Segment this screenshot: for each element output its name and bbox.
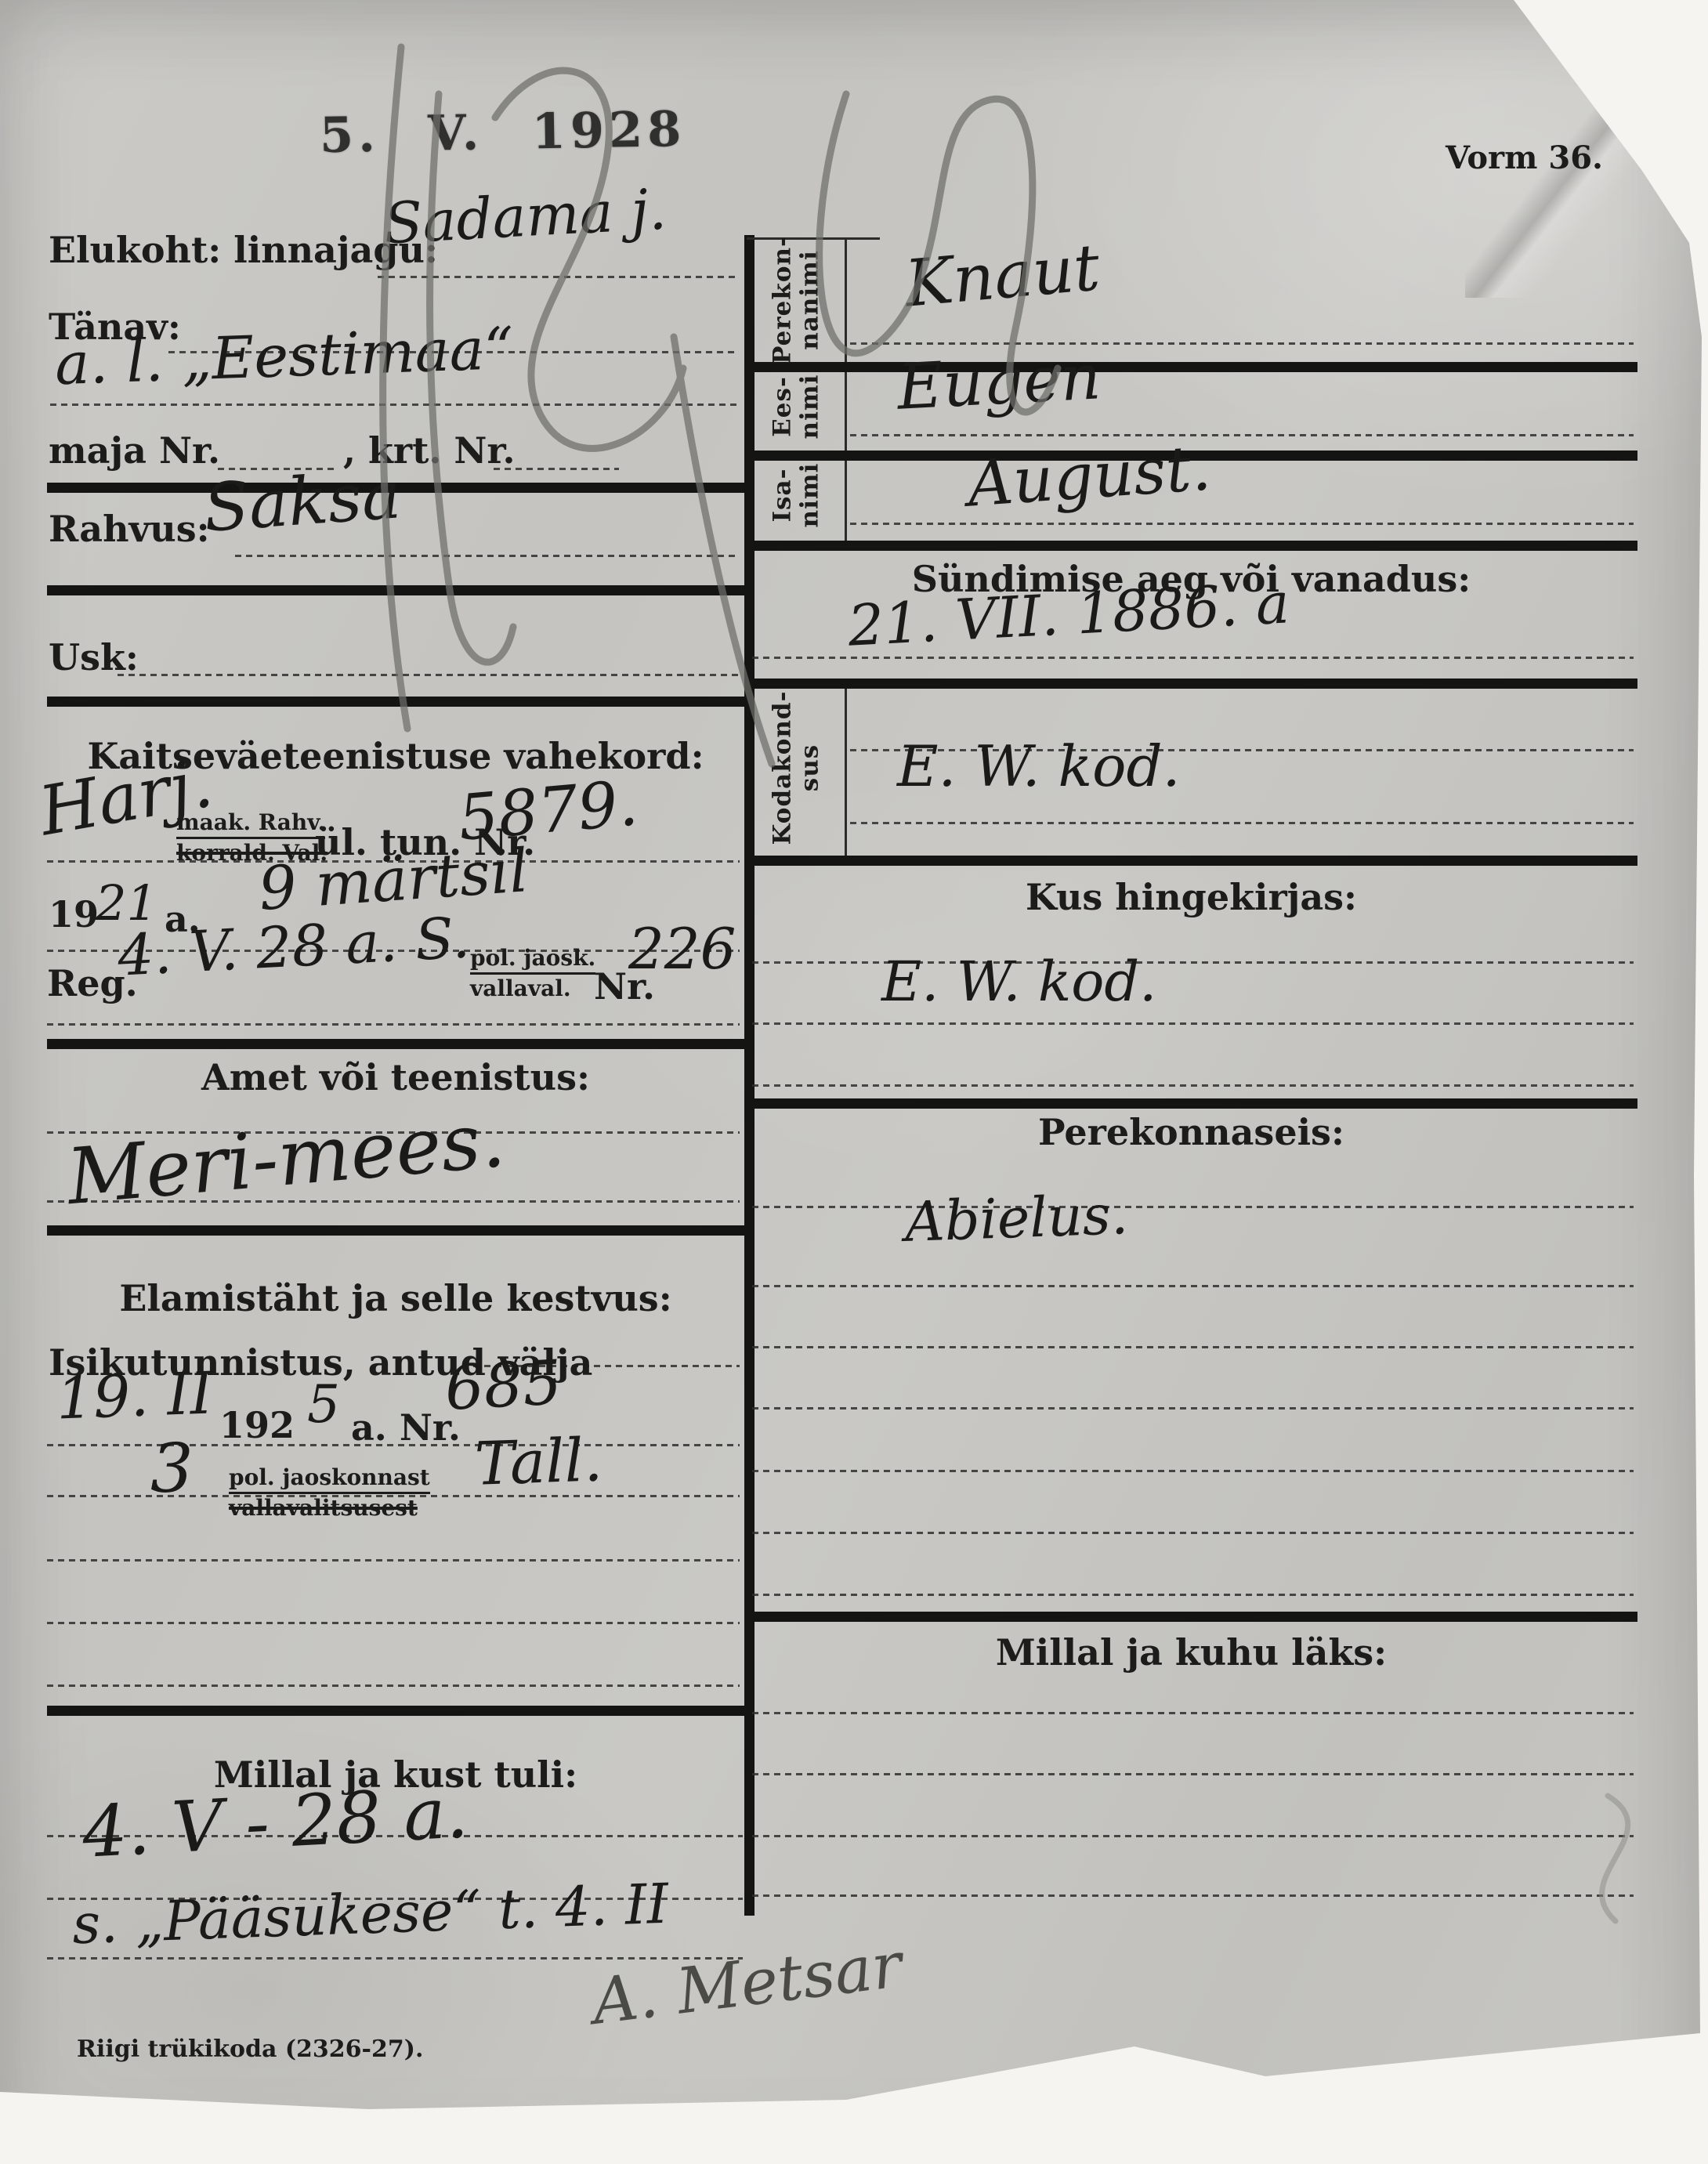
label-cell-rule-3 <box>845 451 847 541</box>
rule-laks-1 <box>752 1712 1634 1714</box>
label-cell-rule-1 <box>845 237 847 362</box>
rule-empty-2 <box>47 1622 740 1624</box>
printer-note: Riigi trükikoda (2326-27). <box>77 2036 423 2063</box>
kaitse-reg-nr: 226 <box>628 921 736 977</box>
rule-sund <box>752 657 1634 659</box>
isik-nr: 685 <box>443 1352 563 1420</box>
rule-tanav2 <box>50 403 740 406</box>
bar-right-5 <box>744 856 1637 866</box>
elukoht-label: Elukoht: linnajagu: <box>49 229 438 271</box>
rule-hinge-2 <box>752 1022 1634 1025</box>
paper-sheet: 5. V. 1928 Vorm 36. Elukoht: linnajagu: … <box>0 0 1708 2164</box>
rule-pereseis-2 <box>752 1285 1634 1287</box>
isik-year: 5 <box>307 1379 340 1431</box>
perekonnanimi-label-line1: Perekon- <box>769 236 796 364</box>
eesnimi-label-line1: Ees- <box>769 376 796 437</box>
rule-laks-4 <box>752 1894 1634 1897</box>
rule-perekonnanimi <box>850 342 1634 345</box>
isik-place: Tall. <box>474 1430 603 1494</box>
isik-precinct: 3 <box>150 1435 194 1503</box>
kaitse-fraction-2: pol. jaosk. vallaval. <box>470 944 595 1002</box>
kodakondsus-label-line2: sus <box>796 744 823 791</box>
kodakondsus-label-line1: Kodakond- <box>769 691 796 845</box>
amet-value: Meri-mees. <box>64 1102 508 1216</box>
rule-pereseis-3 <box>752 1346 1634 1348</box>
bar-right-6 <box>744 1098 1637 1109</box>
rule-kodakondsus-2 <box>850 822 1634 824</box>
bar-right-7 <box>744 1612 1637 1622</box>
isik-fraction: pol. jaoskonnast vallavalitsusest <box>229 1464 430 1522</box>
kaitse-reg-date: 4. V. 28 a. S. <box>116 909 471 983</box>
bar-left-5 <box>47 1225 744 1236</box>
perekonnaseis-value: Abielus. <box>904 1187 1129 1250</box>
rule-kaitse-3 <box>47 1023 740 1026</box>
label-cell-rule-2 <box>845 362 847 451</box>
bar-left-4 <box>47 1039 744 1049</box>
bar-right-3 <box>744 541 1637 551</box>
scanned-registration-card: 5. V. 1928 Vorm 36. Elukoht: linnajagu: … <box>0 0 1708 2164</box>
isik-frac-bottom: vallavalitsusest <box>229 1494 418 1522</box>
isik-date: 19. II <box>56 1365 214 1428</box>
rule-hinge-3 <box>752 1084 1634 1087</box>
isanimi-value: August. <box>966 436 1213 516</box>
isanimi-label-line2: nimi <box>796 463 823 528</box>
rule-laks-2 <box>752 1773 1634 1775</box>
amet-heading: Amet või teenistus: <box>47 1056 744 1098</box>
rule-tuli-3 <box>47 1957 743 1960</box>
rule-empty-3 <box>47 1685 740 1687</box>
eesnimi-value: Eugen <box>896 346 1102 418</box>
bar-left-2 <box>47 585 744 595</box>
eesnimi-label: Ees- nimi <box>769 375 823 440</box>
elamistaht-heading: Elamistäht ja selle kestvus: <box>47 1277 744 1319</box>
kodakondsus-value: E. W. kod. <box>897 738 1180 794</box>
isik-frac-top: pol. jaoskonnast <box>229 1464 430 1494</box>
year-print: 19 <box>49 893 99 935</box>
perekonnanimi-value: Knaut <box>903 236 1102 317</box>
usk-label: Usk: <box>49 636 139 679</box>
bar-left-3 <box>47 697 744 707</box>
frac2-bottom: vallaval. <box>470 975 571 1002</box>
pencil-s-mark <box>1602 1796 1628 1921</box>
rule-pereseis-5 <box>752 1470 1634 1472</box>
perekonnanimi-label: Perekon- nanimi <box>769 236 823 364</box>
rule-pereseis-6 <box>752 1532 1634 1534</box>
tuli-from: s. „Pääsukese“ t. 4. II <box>71 1876 669 1952</box>
laks-heading: Millal ja kuhu läks: <box>751 1631 1632 1674</box>
rule-pereseis-1 <box>752 1206 1634 1208</box>
kaitse-date: 9 märtsil <box>257 841 530 919</box>
maja-label: maja Nr. <box>49 429 220 472</box>
bar-right-4 <box>744 679 1637 689</box>
rule-eesnimi <box>850 434 1634 436</box>
isik-nr-label: a. Nr. <box>351 1406 461 1449</box>
bar-left-6 <box>47 1706 744 1716</box>
tuli-date: 4. V - 28 a. <box>81 1778 470 1869</box>
rahvus-label: Rahvus: <box>49 508 210 550</box>
eesnimi-label-line2: nimi <box>796 375 823 440</box>
isik-year-print: 192 <box>219 1404 295 1446</box>
rule-usk <box>118 674 740 676</box>
hingekirjas-value: E. W. kod. <box>881 954 1156 1009</box>
form-number: Vorm 36. <box>1446 139 1603 176</box>
rule-laks-3 <box>752 1835 1634 1837</box>
rule-rahvus <box>235 555 740 557</box>
hingekirjas-heading: Kus hingekirjas: <box>751 876 1632 918</box>
rahvus-value: Saksa <box>201 461 403 541</box>
rule-elukoht <box>378 276 740 278</box>
rule-isanimi <box>850 523 1634 525</box>
label-cell-rule-4 <box>845 679 847 856</box>
clerk-signature: A. Metsar <box>589 1934 906 2034</box>
bar-right-1 <box>744 362 1637 372</box>
date-stamp: 5. V. 1928 <box>319 100 686 164</box>
rule-empty-1 <box>47 1559 740 1561</box>
perekonnaseis-heading: Perekonnaseis: <box>751 1111 1632 1153</box>
isanimi-label: Isa- nimi <box>769 463 823 528</box>
tanav-value: a. l. „Eestimaa“ <box>54 320 515 393</box>
kodakondsus-label: Kodakond- sus <box>769 691 823 845</box>
elukoht-value: Sadama j. <box>382 181 668 252</box>
isanimi-label-line1: Isa- <box>769 469 796 523</box>
perekonnanimi-label-line2: nanimi <box>796 250 823 350</box>
frac2-top: pol. jaosk. <box>470 944 595 975</box>
rule-pereseis-4 <box>752 1407 1634 1409</box>
rule-pereseis-7 <box>752 1594 1634 1596</box>
